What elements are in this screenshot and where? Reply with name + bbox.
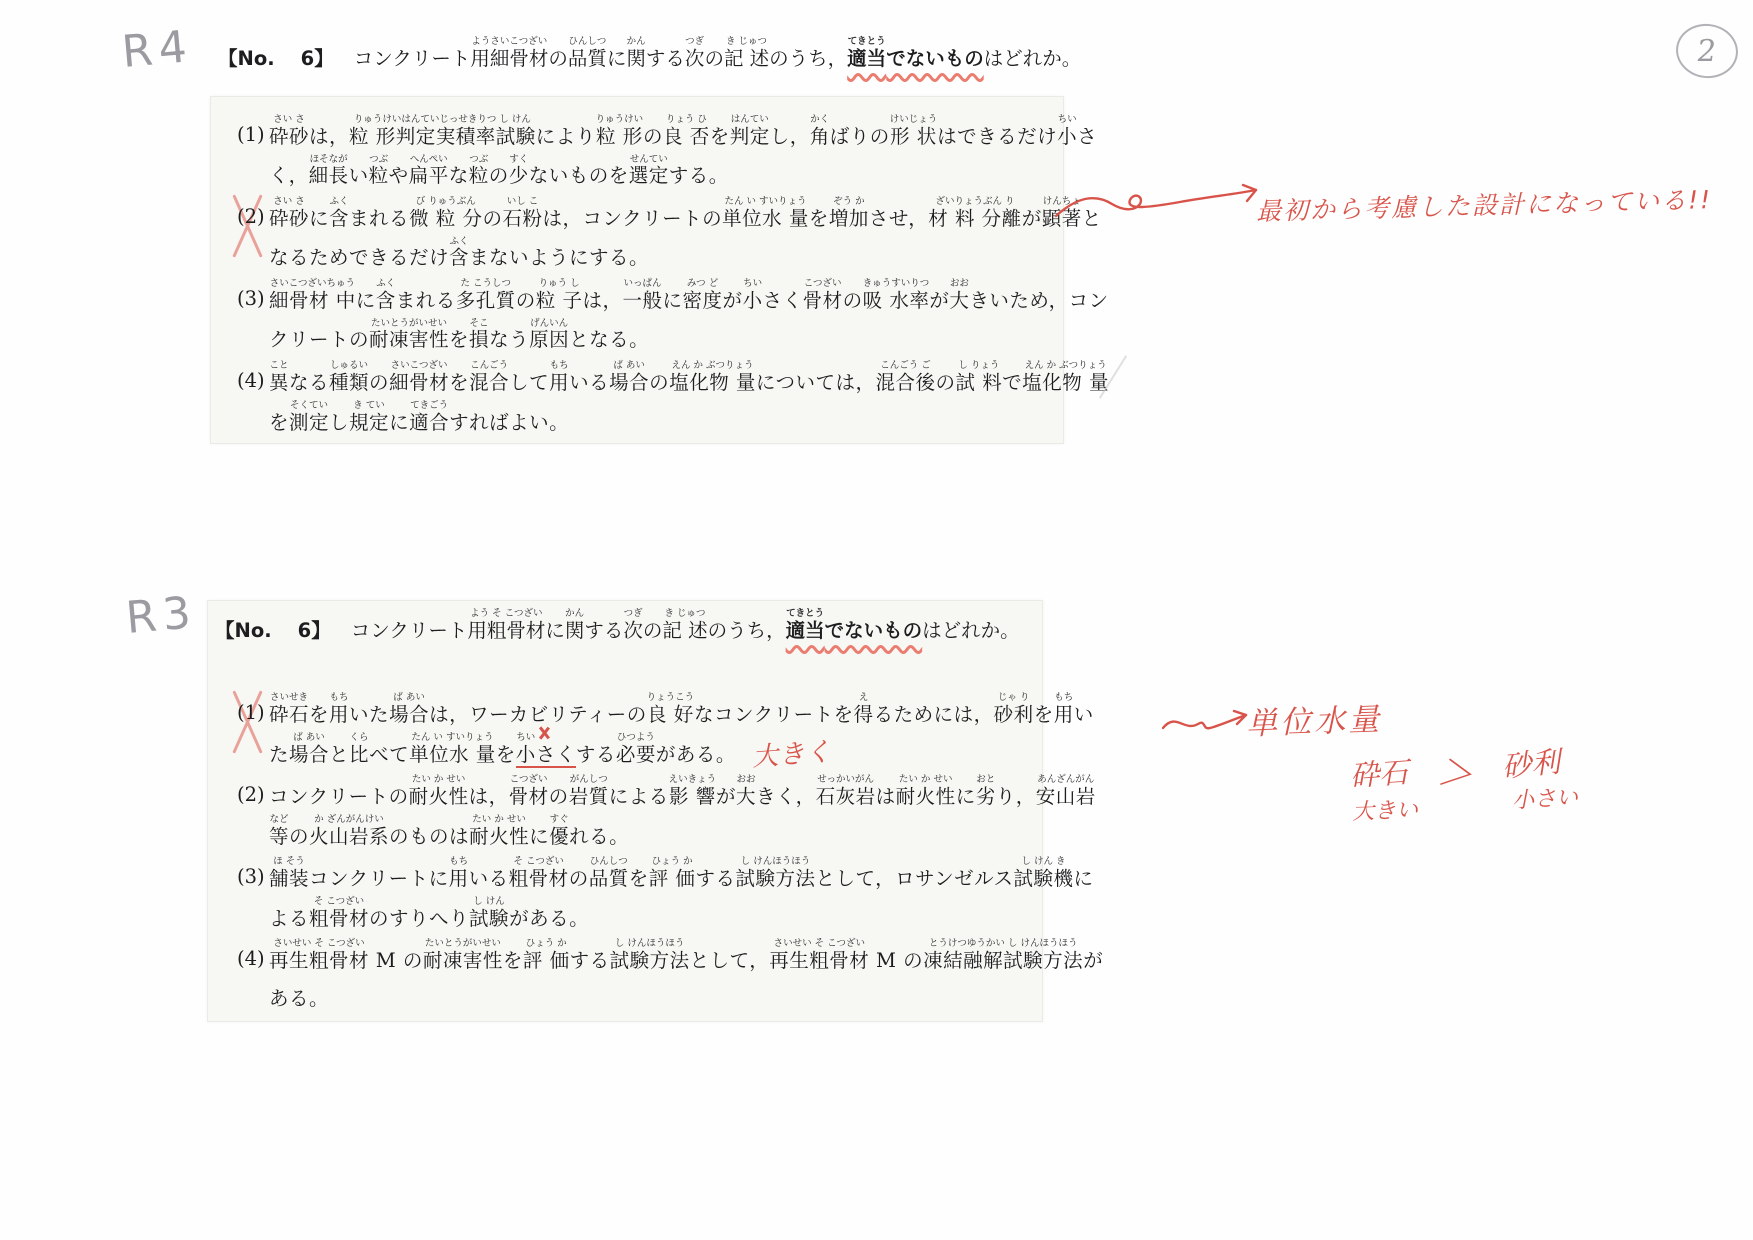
ruby-text: 混合こんごう (469, 371, 509, 394)
ruby-text: 判定はんてい (730, 125, 770, 148)
item-text-line: よる粗骨材そ こつざいのすりへり試験し けんがある。 (269, 896, 589, 939)
ruby-text: 等など (269, 825, 289, 848)
ruby-text: 耐火性たい か せい (409, 785, 469, 808)
ruby-text: 含ふく (329, 207, 349, 230)
ruby-text: 材 料 分離ざいりょうぶん り (928, 207, 1021, 230)
ruby-text: 適当てきとう (786, 619, 825, 642)
ruby-text: 舗装ほ そう (269, 867, 309, 890)
ruby-text: 関かん (626, 47, 646, 70)
ruby-text: 細長ほそなが (309, 164, 349, 187)
ruby-text: 耐火性たい か せい (469, 825, 529, 848)
ruby-text: 骨材こつざい (803, 289, 843, 312)
ruby-text: 粒つぶ (369, 164, 389, 187)
item-number: (1) (237, 692, 265, 733)
ruby-text: 砕石さいせき (269, 703, 309, 726)
handwritten-era-label-r3: R3 (124, 587, 199, 644)
item-text-line: 異ことなる種類しゅるいの細骨材さいこつざいを混合こんごうして用もちいる場合ば あ… (269, 360, 1109, 403)
ruby-text: 石灰岩せっかいがん (816, 785, 876, 808)
compare-right-term: 砂利 (1500, 740, 1561, 786)
item-text-line: 細骨材 中さいこつざいちゅうに含ふくまれる多孔質た こうしつの粒 子りゅう しは… (269, 278, 1109, 321)
ruby-text: 増加ぞう か (829, 207, 869, 230)
ruby-text: 吸 水率きゅうすいりつ (863, 289, 930, 312)
question-item: (3)細骨材 中さいこつざいちゅうに含ふくまれる多孔質た こうしつの粒 子りゅう… (237, 278, 1067, 360)
ruby-text: 試験し けん (469, 907, 509, 930)
compare-left-term: 砕石 (1349, 750, 1410, 795)
ruby-text: 粒 子りゅう し (536, 289, 583, 312)
ruby-text: 評 価ひょう か (649, 867, 696, 890)
question-item: (4)再生粗骨材さいせい そ こつざい M の耐凍害性たいとうがいせいを評 価ひ… (237, 938, 1067, 1020)
question-header-text: コンクリート用粗骨材よう そ こつざいに関かんする次つぎの記 述き じゅつのうち… (351, 619, 1020, 642)
ruby-text: 得え (854, 703, 874, 726)
item-number: (3) (237, 278, 265, 319)
ruby-text: 記 述き じゅつ (724, 47, 769, 70)
ruby-text: 粒つぶ (469, 164, 489, 187)
ruby-text: 種類しゅるい (329, 371, 369, 394)
ruby-text: 粗骨材そ こつざい (509, 867, 569, 890)
ruby-text: 耐火性たい か せい (896, 785, 956, 808)
item-text-line: た場合ば あいと比くらべて単位水 量たん い すいりょうを小ちいさくする必要ひつ… (269, 732, 831, 775)
ruby-text: 評 価ひょう か (523, 949, 570, 972)
item-text-line: コンクリートの耐火性たい か せいは，骨材こつざいの岩質がんしつによる影 響えい… (269, 774, 1096, 817)
ruby-text: 再生粗骨材さいせい そ こつざい (269, 949, 369, 972)
red-arrow-icon (1050, 178, 1265, 228)
compare-left-note: 大きい (1351, 793, 1418, 826)
ruby-text: 再生粗骨材さいせい そ こつざい (769, 949, 869, 972)
ruby-text: 優すぐ (549, 825, 569, 848)
item-text-line: 砕石さいせきを用もちいた場合ば あいは，ワーカビリティーの良 好りょうこうなコン… (269, 692, 1094, 735)
item-text-line: を測定そくていし規定き ていに適合てきごうすればよい。 (269, 400, 569, 443)
correction-note: 大きく (751, 732, 833, 778)
scanned-exam-page: R4 R3 2 【No.6】コンクリート用細骨材ようさいこつざいの品質ひんしつに… (0, 0, 1753, 1240)
ruby-text: 一般いっぱん (623, 289, 663, 312)
ruby-text: 用もち (1054, 703, 1074, 726)
ruby-text: 微 粒 分び りゅうぶん (409, 207, 482, 230)
ruby-text: 耐凍害性たいとうがいせい (369, 328, 449, 351)
page-number-text: 2 (1695, 34, 1719, 69)
ruby-text: 単位水 量たん い すいりょう (722, 207, 809, 230)
ruby-text: 場合ば あい (289, 743, 329, 766)
ruby-text: 原因げんいん (529, 328, 569, 351)
item-text-line: ある。 (269, 978, 329, 1019)
ruby-text: 大おお (736, 785, 756, 808)
item-number: (2) (237, 196, 265, 237)
ruby-text: 試験機し けん き (1014, 867, 1074, 890)
ruby-text: 必要ひつよう (616, 743, 656, 766)
ruby-text: 劣おと (976, 785, 996, 808)
item-number: (2) (237, 774, 265, 815)
ruby-text: 粒 形りゅうけい (596, 125, 643, 148)
item-text-line: 砕砂さい さは，粒 形判定実積率試験りゅうけいはんていじっせきりつ し けんによ… (269, 114, 1097, 157)
margin-note-design: 最初から考慮した設計になっている!! (1256, 180, 1713, 228)
item-text-line: クリートの耐凍害性たいとうがいせいを損そこなう原因げんいんとなる。 (269, 318, 649, 360)
item-number: (4) (237, 938, 265, 979)
question-item: (2)砕砂さい さに含ふくまれる微 粒 分び りゅうぶんの石粉いし こは，コンク… (237, 196, 1067, 278)
item-text-line: く，細長ほそながい粒つぶや扁平へんぺいな粒つぶの少すくないものを選定せんていする… (269, 154, 729, 196)
ruby-text: 混合後こんごう ご (876, 371, 936, 394)
ruby-text: 細骨材さいこつざい (389, 371, 449, 394)
ruby-text: 損そこ (469, 328, 489, 351)
question-header-r4: 【No.6】コンクリート用細骨材ようさいこつざいの品質ひんしつに関かんする次つぎ… (218, 36, 1081, 81)
ruby-text: 粒 形判定実積率試験りゅうけいはんていじっせきりつ し けん (349, 125, 536, 148)
margin-note-unit-water: 単位水量 (1245, 694, 1382, 744)
item-text-line: 砕砂さい さに含ふくまれる微 粒 分び りゅうぶんの石粉いし こは，コンクリート… (269, 196, 1102, 239)
ruby-text: 密度みつ ど (683, 289, 723, 312)
ruby-text: 測定そくてい (289, 411, 329, 434)
ruby-text: 選定せんてい (629, 164, 669, 187)
ruby-text: 適当てきとう (847, 47, 886, 70)
ruby-text: 比くら (349, 743, 369, 766)
ruby-text: 単位水 量たん い すいりょう (409, 743, 496, 766)
ruby-text: 試 料し りょう (956, 371, 1003, 394)
ruby-text: 岩質がんしつ (569, 785, 609, 808)
ruby-text: 用細骨材ようさいこつざい (470, 47, 548, 70)
question-item: (4)異ことなる種類しゅるいの細骨材さいこつざいを混合こんごうして用もちいる場合… (237, 360, 1067, 442)
red-arrow-icon (1158, 700, 1258, 740)
item-number: (4) (237, 360, 265, 401)
ruby-text: 砕砂さい さ (269, 207, 309, 230)
ruby-text: 用粗骨材よう そ こつざい (467, 619, 545, 642)
ruby-text: 用もち (449, 867, 469, 890)
item-text-line: 再生粗骨材さいせい そ こつざい M の耐凍害性たいとうがいせいを評 価ひょう … (269, 938, 1103, 981)
item-text-line: 等などの火山岩系か ざんがんけいのものは耐火性たい か せいに優すぐれる。 (269, 814, 629, 857)
emphasized-not-appropriate: 適当てきとうでないもの (786, 619, 923, 642)
question-no-number: 6】 (301, 47, 334, 70)
ruby-text: 扁平へんぺい (409, 164, 449, 187)
item-number: (3) (237, 856, 265, 897)
ruby-text: 記 述き じゅつ (662, 619, 707, 642)
ruby-text: 少すく (509, 164, 529, 187)
ruby-text: 関かん (565, 619, 585, 642)
ruby-text: 品質ひんしつ (568, 47, 607, 70)
ruby-text: 角かく (810, 125, 830, 148)
ruby-text: 場合ば あい (609, 371, 649, 394)
ruby-text: 品質ひんしつ (589, 867, 629, 890)
crossed-out-word: 小ちいさく (516, 743, 576, 768)
compare-right-note: 小さい (1511, 780, 1579, 814)
ruby-text: 形 状けいじょう (890, 125, 937, 148)
ruby-text: 砂利じゃ り (994, 703, 1034, 726)
ruby-text: 場合ば あい (389, 703, 429, 726)
ruby-text: 規定き てい (349, 411, 389, 434)
ruby-text: 小ちい (1057, 125, 1077, 148)
question-item: (2)コンクリートの耐火性たい か せいは，骨材こつざいの岩質がんしつによる影 … (237, 774, 1067, 856)
ruby-text: 小ちい (516, 743, 536, 766)
item-text-line: 舗装ほ そうコンクリートに用もちいる粗骨材そ こつざいの品質ひんしつを評 価ひょ… (269, 856, 1094, 899)
question-item: (1)砕石さいせきを用もちいた場合ば あいは，ワーカビリティーの良 好りょうこう… (237, 692, 1067, 774)
question-no-prefix: 【No. (215, 619, 272, 642)
ruby-text: 耐凍害性たいとうがいせい (423, 949, 503, 972)
question-no-prefix: 【No. (218, 47, 275, 70)
ruby-text: 凍結融解試験方法とうけつゆうかい し けんほうほう (923, 949, 1083, 972)
ruby-text: 影 響えいきょう (669, 785, 716, 808)
ruby-text: 安山岩あんざんがん (1036, 785, 1096, 808)
ruby-text: 細骨材 中さいこつざいちゅう (269, 289, 356, 312)
ruby-text: 適合てきごう (409, 411, 449, 434)
ruby-text: 多孔質た こうしつ (456, 289, 516, 312)
ruby-text: 火山岩系か ざんがんけい (309, 825, 389, 848)
ruby-text: 骨材こつざい (509, 785, 549, 808)
ruby-text: 石粉いし こ (502, 207, 542, 230)
handwritten-era-label-r4: R4 (120, 21, 195, 78)
ruby-text: 良 好りょうこう (647, 703, 694, 726)
greater-than-mark: ＞ (1434, 744, 1475, 798)
ruby-text: 大おお (949, 289, 969, 312)
ruby-text: 異こと (269, 371, 289, 394)
ruby-text: 塩化物 量えん か ぶつりょう (669, 371, 756, 394)
ruby-text: 次つぎ (685, 47, 705, 70)
question-no-number: 6】 (298, 619, 331, 642)
ruby-text: 小ちい (743, 289, 763, 312)
ruby-text: 塩化物 量えん か ぶつりょう (1022, 371, 1109, 394)
ruby-text: 試験方法し けんほうほう (735, 867, 815, 890)
ruby-text: 粗骨材そ こつざい (309, 907, 369, 930)
question-item: (3)舗装ほ そうコンクリートに用もちいる粗骨材そ こつざいの品質ひんしつを評 … (237, 856, 1067, 938)
item-text-line: なるためできるだけ含ふくまないようにする。 (269, 236, 649, 278)
question-header-text: コンクリート用細骨材ようさいこつざいの品質ひんしつに関かんする次つぎの記 述き … (354, 47, 1082, 70)
emphasized-not-appropriate: 適当てきとうでないもの (847, 47, 984, 70)
ruby-text: 良 否りょう ひ (663, 125, 710, 148)
question-header-r3: 【No.6】コンクリート用粗骨材よう そ こつざいに関かんする次つぎの記 述き … (215, 608, 1020, 653)
circled-page-number: 2 (1673, 20, 1741, 81)
ruby-text: 砕砂さい さ (269, 125, 309, 148)
ruby-text: 用もち (549, 371, 569, 394)
ruby-text: 試験方法し けんほうほう (610, 949, 690, 972)
ruby-text: 含ふく (376, 289, 396, 312)
ruby-text: 次つぎ (623, 619, 643, 642)
item-number: (1) (237, 114, 265, 155)
ruby-text: 用もち (329, 703, 349, 726)
question-item: (1)砕砂さい さは，粒 形判定実積率試験りゅうけいはんていじっせきりつ し け… (237, 114, 1067, 196)
ruby-text: 含ふく (449, 246, 469, 269)
